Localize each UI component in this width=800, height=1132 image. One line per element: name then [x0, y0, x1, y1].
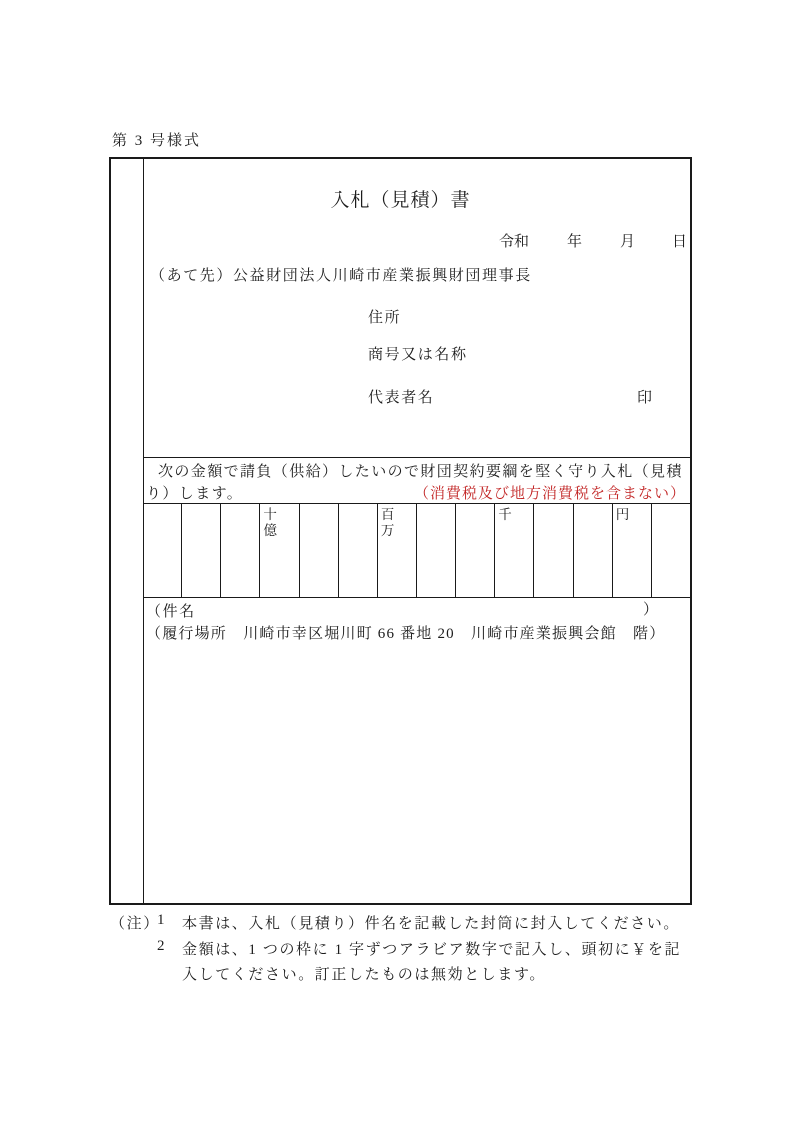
subject-close-paren: ） [643, 598, 658, 619]
note-1-number: 1 [157, 912, 165, 929]
date-year-label: 年 [567, 230, 582, 251]
date-day-label: 日 [672, 230, 687, 251]
addressee-line: （あて先）公益財団法人川崎市産業振興財団理事長 [150, 264, 532, 285]
digit-unit-label: 千 [498, 507, 512, 523]
declaration-line-1: 次の金額で請負（供給）したいので財団契約要綱を堅く守り入札（見積 [158, 460, 683, 481]
representative-label: 代表者名 [368, 386, 434, 407]
subject-open-paren: （件名 [146, 600, 196, 621]
document-frame: 入札（見積）書 令和 年 月 日 （あて先）公益財団法人川崎市産業振興財団理事長… [109, 157, 692, 905]
date-month-label: 月 [620, 230, 635, 251]
left-margin-column [111, 159, 144, 903]
location-line: （履行場所 川崎市幸区堀川町 66 番地 20 川崎市産業振興会館 階） [146, 622, 665, 643]
amount-digit-cell [221, 504, 260, 597]
note-header-label: （注） [110, 912, 160, 933]
form-number: 第 3 号様式 [112, 129, 201, 150]
digit-unit-label: 円 [616, 507, 630, 523]
note-2-number: 2 [157, 938, 165, 955]
note-2-line-2: 入してください。訂正したものは無効とします。 [182, 963, 546, 984]
amount-digit-cell [182, 504, 221, 597]
amount-digit-cell [300, 504, 339, 597]
note-2-line-1: 金額は、1 つの枠に 1 字ずつアラビア数字で記入し、頭初に￥を記 [182, 938, 681, 959]
page: 第 3 号様式 入札（見積）書 令和 年 月 日 （あて先）公益財団法人川崎市産… [0, 0, 800, 1132]
amount-digit-cell [143, 504, 182, 597]
trade-name-label: 商号又は名称 [368, 343, 468, 364]
amount-digit-cell [534, 504, 573, 597]
amount-digit-cell [339, 504, 378, 597]
amount-digit-cell [652, 504, 690, 597]
address-label: 住所 [368, 306, 401, 327]
amount-digit-cell [456, 504, 495, 597]
seal-mark: 印 [637, 386, 652, 407]
digit-unit-label: 十億 [263, 507, 277, 539]
date-era-label: 令和 [499, 230, 529, 251]
amount-digit-cell: 百万 [378, 504, 417, 597]
amount-digit-cell [574, 504, 613, 597]
declaration-line-2: り）します。 [146, 482, 243, 503]
amount-digit-cell: 円 [613, 504, 652, 597]
declaration-section: 次の金額で請負（供給）したいので財団契約要綱を堅く守り入札（見積 り）します。 … [143, 457, 690, 503]
amount-digit-row: 十億百万千円 [143, 503, 690, 598]
amount-digit-cell: 十億 [260, 504, 299, 597]
amount-digit-cell: 千 [495, 504, 534, 597]
digit-unit-label: 百万 [381, 507, 395, 539]
tax-exclusion-note: （消費税及び地方消費税を含まない） [414, 482, 686, 503]
amount-digit-cell [417, 504, 456, 597]
note-1-text: 本書は、入札（見積り）件名を記載した封筒に封入してください。 [182, 912, 680, 933]
document-title: 入札（見積）書 [111, 185, 690, 212]
